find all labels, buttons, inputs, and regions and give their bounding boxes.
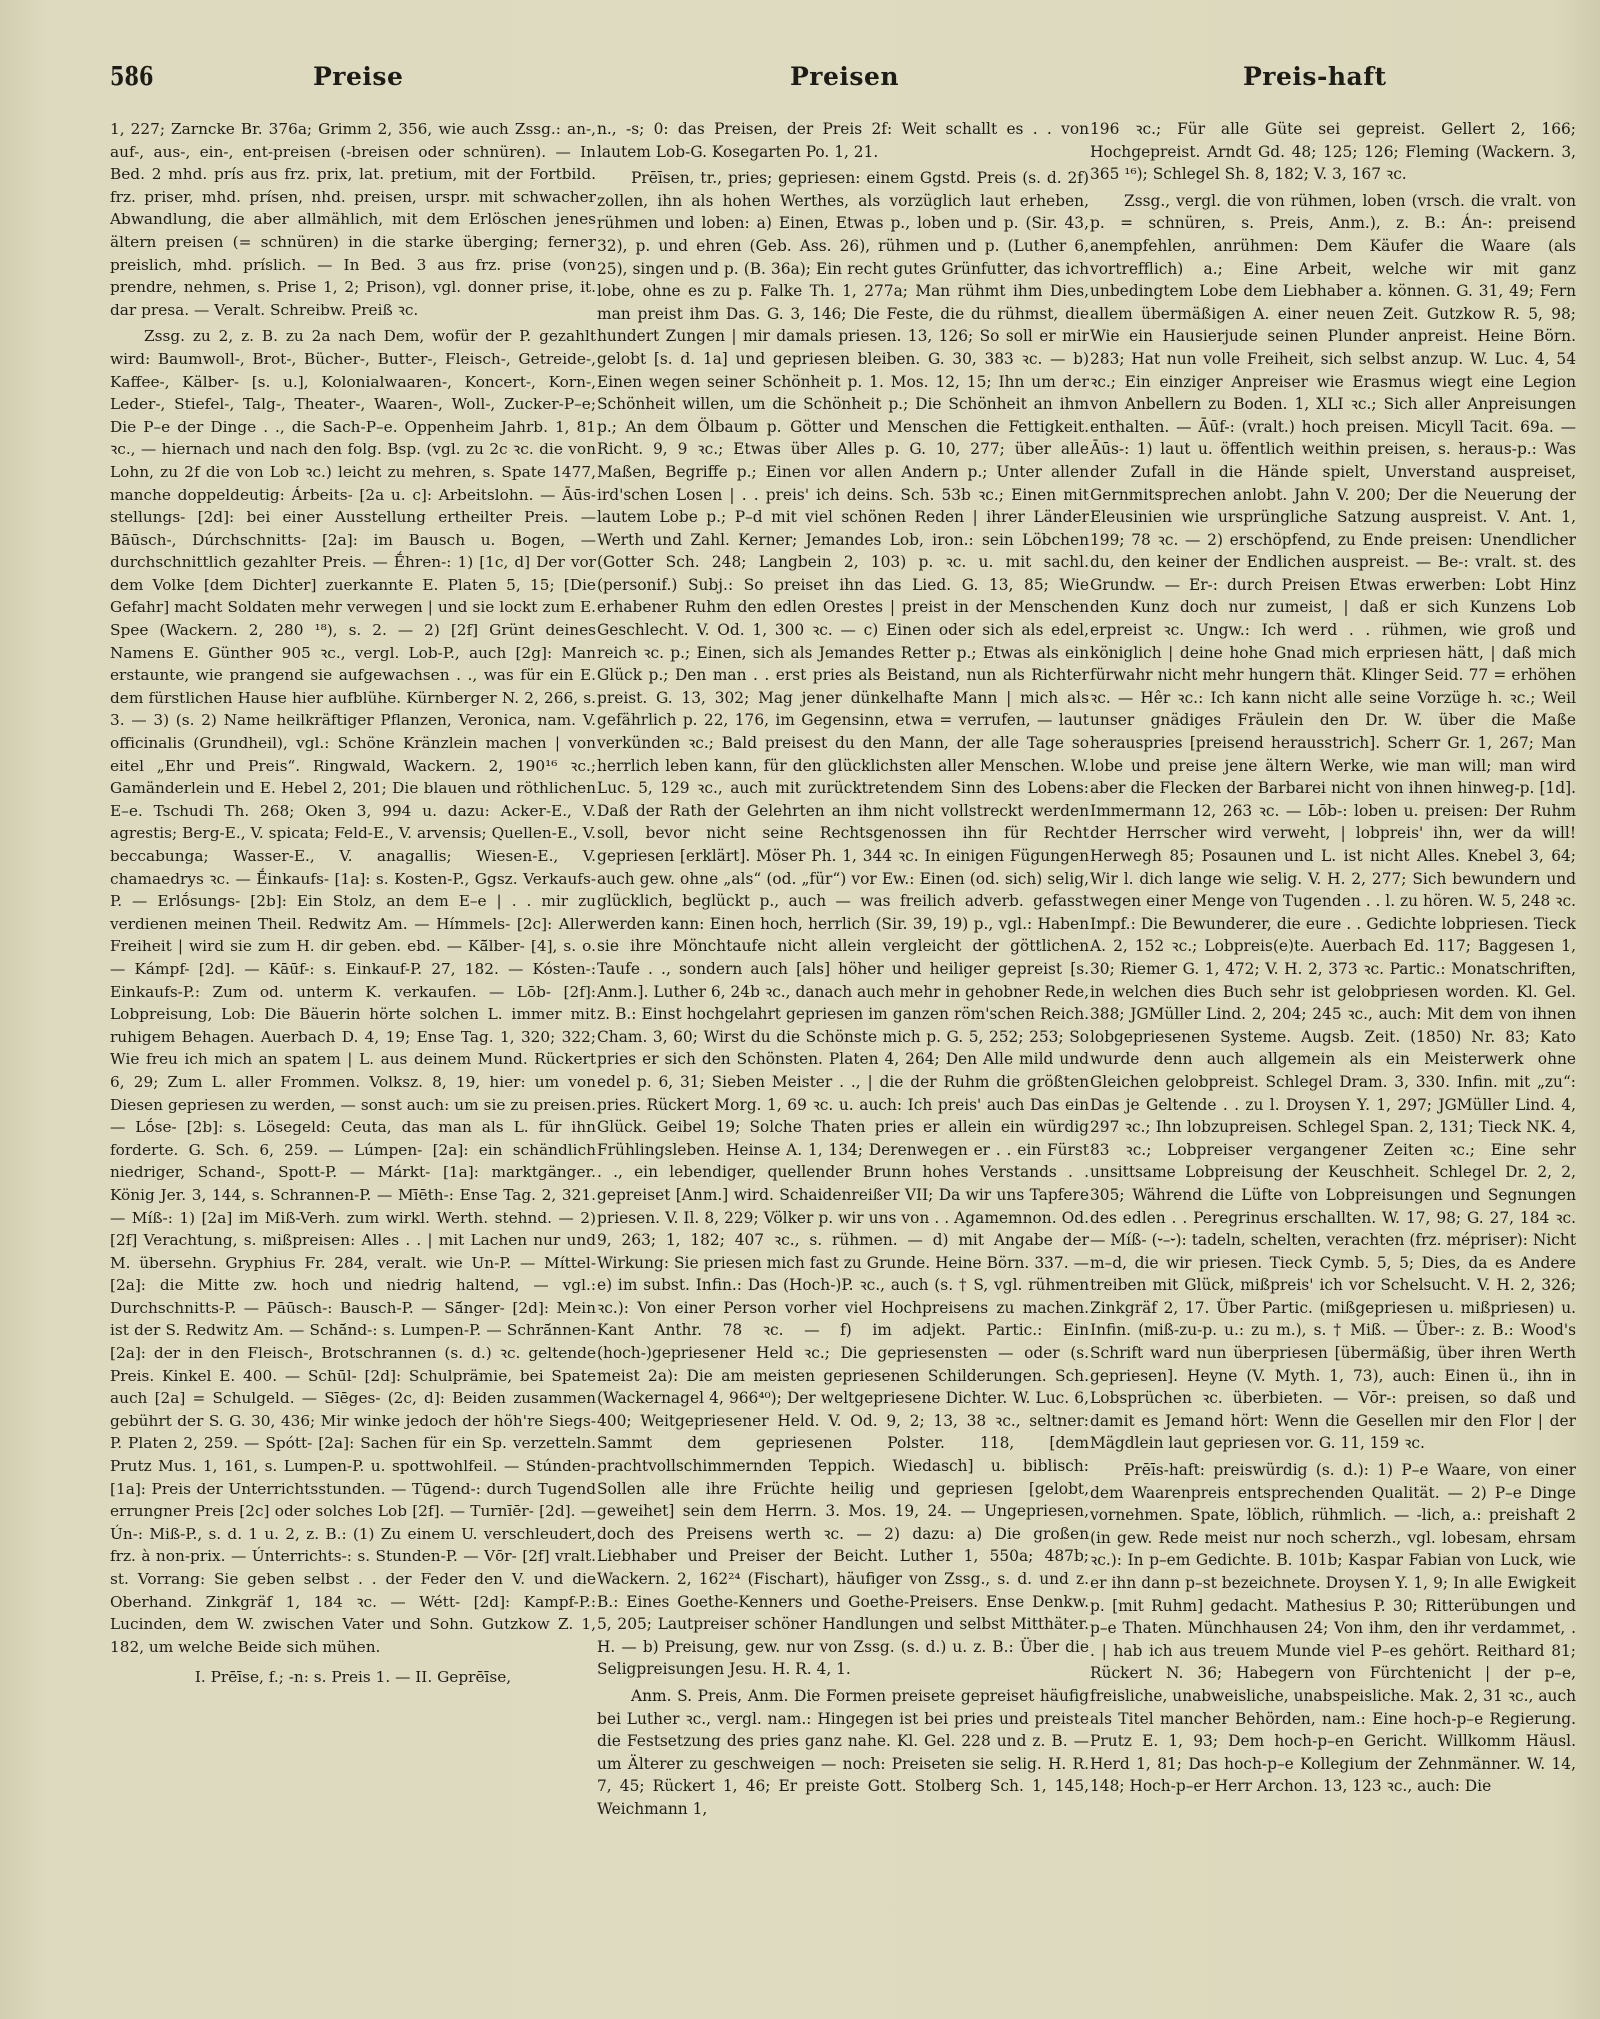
column-right: 196 ꝛc.; Für alle Güte sei gepreist. Gel…: [1090, 118, 1576, 1802]
dictionary-page: 586 Preise Preisen Preis-haft 1, 227; Za…: [0, 0, 1600, 2019]
entry-note-paragraph: Anm. S. Preis, Anm. Die Formen preisete …: [597, 1685, 1089, 1821]
running-head-center: Preisen: [790, 62, 899, 91]
entry-paragraph: n., -s; 0: das Preisen, der Preis 2f: We…: [597, 118, 1089, 163]
entry-paragraph: 196 ꝛc.; Für alle Güte sei gepreist. Gel…: [1090, 118, 1576, 186]
column-middle: n., -s; 0: das Preisen, der Preis 2f: We…: [597, 118, 1089, 1825]
page-number: 586: [110, 62, 153, 92]
entry-paragraph: 1, 227; Zarncke Br. 376a; Grimm 2, 356, …: [110, 118, 596, 321]
entry-paragraph: Prēīs-haft: preiswürdig (s. d.): 1) P–e …: [1090, 1459, 1576, 1798]
entry-paragraph: Prēīsen, tr., pries; gepriesen: einem Gg…: [597, 167, 1089, 1681]
running-head-right: Preis-haft: [1243, 62, 1387, 91]
entry-paragraph: Zssg., vergl. die von rühmen, loben (vrs…: [1090, 190, 1576, 1455]
page-header: 586 Preise Preisen Preis-haft: [0, 58, 1600, 98]
entry-headword-line: I. Prēīse, f.; -n: s. Preis 1. — II. Gep…: [110, 1666, 596, 1689]
entry-paragraph: Zssg. zu 2, z. B. zu 2a nach Dem, wofür …: [110, 325, 596, 1658]
column-left: 1, 227; Zarncke Br. 376a; Grimm 2, 356, …: [110, 118, 596, 1693]
running-head-left: Preise: [313, 62, 403, 91]
